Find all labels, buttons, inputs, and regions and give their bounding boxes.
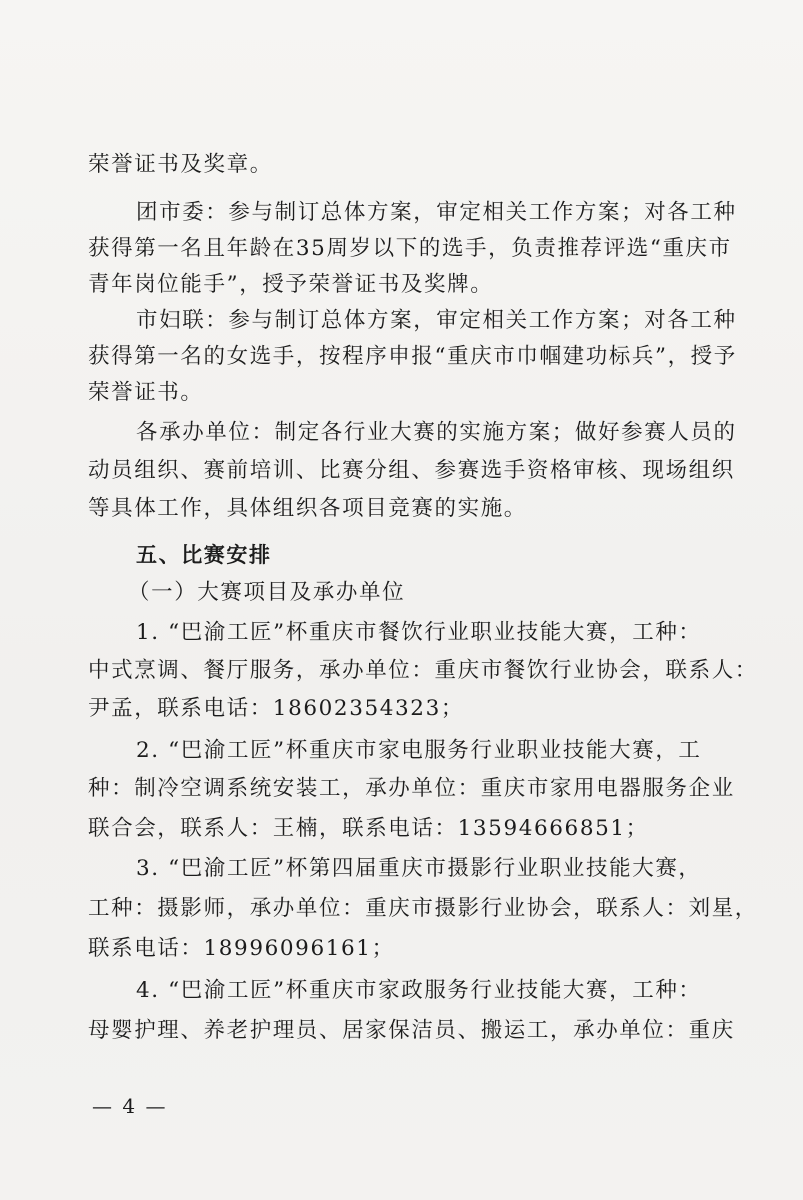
list-item-line: 母婴护理、养老护理员、居家保洁员、搬运工，承办单位：重庆 <box>88 1016 728 1046</box>
paragraph-line: 荣誉证书及奖章。 <box>88 150 728 180</box>
list-item-line: 尹孟，联系电话：18602354323； <box>88 694 728 724</box>
document-page: 荣誉证书及奖章。 团市委：参与制订总体方案，审定相关工作方案；对各工种 获得第一… <box>0 0 803 1200</box>
paragraph-line: 等具体工作，具体组织各项目竞赛的实施。 <box>88 494 728 524</box>
paragraph-line: 荣誉证书。 <box>88 378 728 408</box>
paragraph-line: 获得第一名的女选手，按程序申报“重庆市巾帼建功标兵”，授予 <box>88 342 728 372</box>
paragraph-line: 动员组织、赛前培训、比赛分组、参赛选手资格审核、现场组织 <box>88 456 728 486</box>
page-number: — 4 — <box>92 1094 167 1118</box>
paragraph-line: 市妇联：参与制订总体方案，审定相关工作方案；对各工种 <box>136 306 776 336</box>
list-item-line: 3. “巴渝工匠”杯第四届重庆市摄影行业职业技能大赛， <box>136 854 776 884</box>
list-item-line: 4. “巴渝工匠”杯重庆市家政服务行业技能大赛，工种： <box>136 976 776 1006</box>
subsection-heading: （一）大赛项目及承办单位 <box>128 578 768 608</box>
list-item-line: 1. “巴渝工匠”杯重庆市餐饮行业职业技能大赛，工种： <box>136 618 776 648</box>
list-item-line: 工种：摄影师，承办单位：重庆市摄影行业协会，联系人：刘星， <box>88 894 728 924</box>
list-item-line: 中式烹调、餐厅服务，承办单位：重庆市餐饮行业协会，联系人： <box>88 656 728 686</box>
paragraph-line: 各承办单位：制定各行业大赛的实施方案；做好参赛人员的 <box>136 418 776 448</box>
paragraph-line: 获得第一名且年龄在35周岁以下的选手，负责推荐评选“重庆市 <box>88 234 728 264</box>
list-item-line: 联系电话：18996096161； <box>88 934 728 964</box>
list-item-line: 种：制冷空调系统安装工，承办单位：重庆市家用电器服务企业 <box>88 774 728 804</box>
paragraph-line: 团市委：参与制订总体方案，审定相关工作方案；对各工种 <box>136 198 776 228</box>
paragraph-line: 青年岗位能手”，授予荣誉证书及奖牌。 <box>88 270 728 300</box>
section-heading: 五、比赛安排 <box>136 540 776 570</box>
list-item-line: 2. “巴渝工匠”杯重庆市家电服务行业职业技能大赛，工 <box>136 736 776 766</box>
list-item-line: 联合会，联系人：王楠，联系电话：13594666851； <box>88 814 728 844</box>
